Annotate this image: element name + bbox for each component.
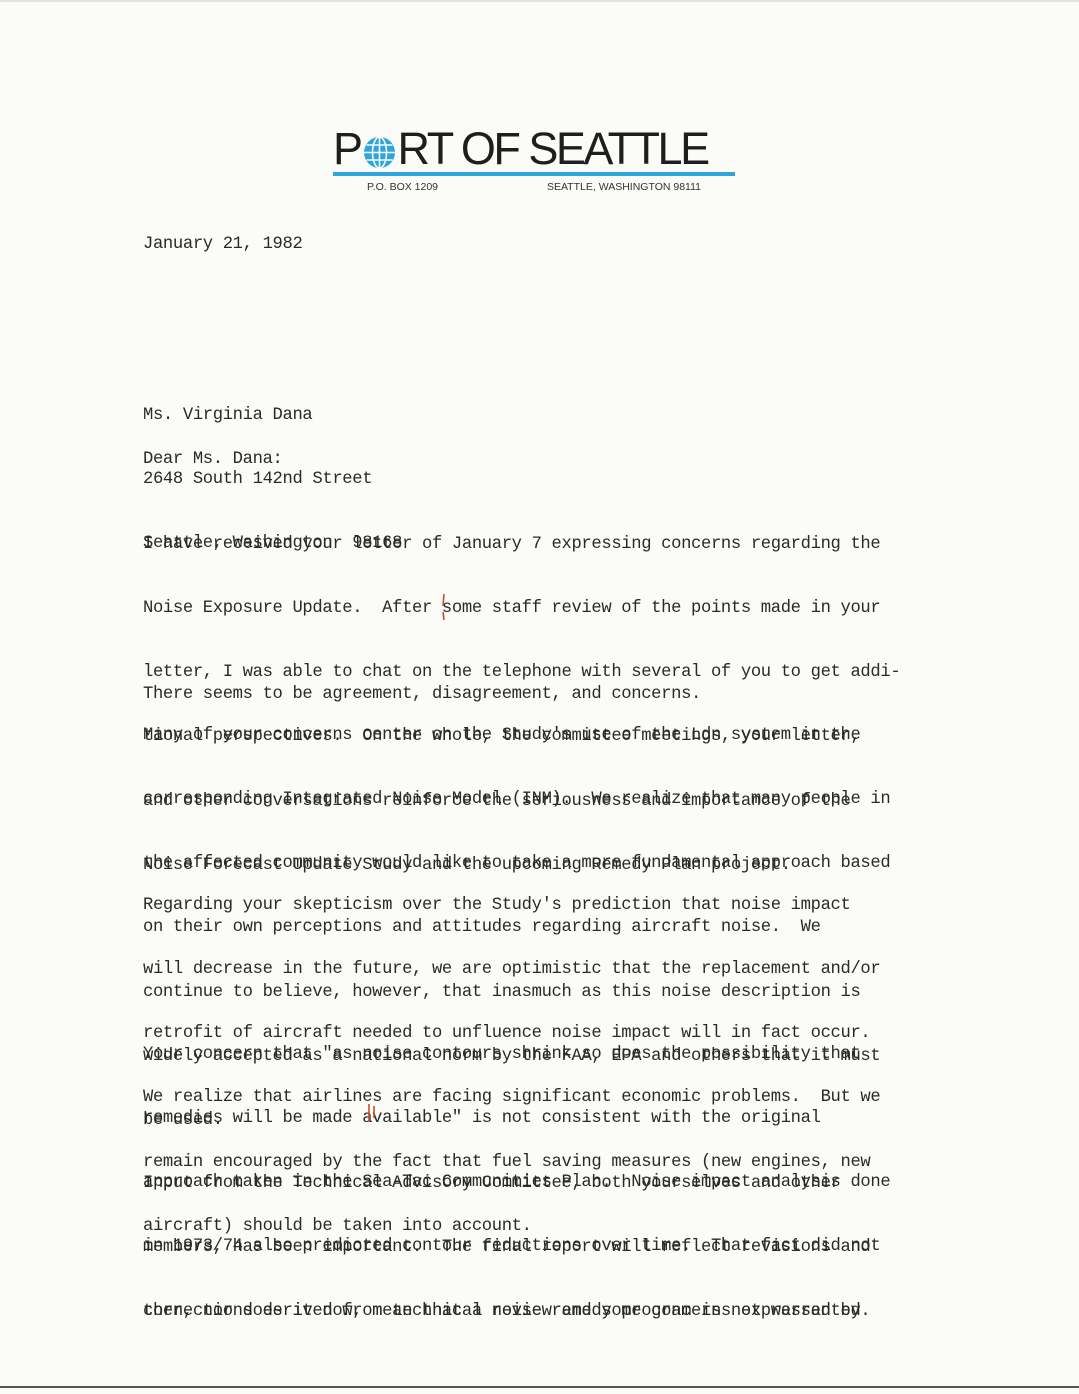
logo-text: RT OF SEATTLE [398, 128, 708, 170]
paragraph-line: corresponding Integrated Noise Model (IN… [143, 789, 890, 810]
paragraph-line: members, has been important. The final r… [143, 1237, 870, 1258]
paragraph-line: Regarding your skepticism over the Study… [143, 895, 880, 916]
po-box: P.O. BOX 1209 [367, 181, 438, 193]
city-state: SEATTLE, WASHINGTON 98111 [547, 181, 701, 193]
organization-logo: P RT OF SEATTLE [333, 128, 735, 170]
salutation: Dear Ms. Dana: [143, 449, 283, 470]
handwritten-mark [439, 592, 449, 622]
paragraph-line: corrections derived from technical revie… [143, 1301, 870, 1322]
paragraph-6: Input from the Technical Advisory Commit… [143, 1130, 870, 1344]
logo-letter-p: P [333, 128, 361, 170]
letterhead-address: P.O. BOX 1209 SEATTLE, WASHINGTON 98111 [333, 181, 735, 193]
letter-date: January 21, 1982 [143, 234, 302, 255]
paragraph-line: will decrease in the future, we are opti… [143, 959, 880, 980]
recipient-street: 2648 South 142nd Street [143, 469, 402, 490]
globe-icon [363, 133, 396, 166]
letterhead: P RT OF SEATTLE P.O. BOX 1209 SEATTLE, W… [333, 128, 735, 193]
paragraph-line: Input from the Technical Advisory Commit… [143, 1173, 870, 1194]
handwritten-mark [366, 1102, 378, 1124]
recipient-name: Ms. Virginia Dana [143, 405, 402, 426]
paragraph-line: remedies will be made available" is not … [143, 1108, 890, 1129]
paragraph-line: Many of your concerns center on the Stud… [143, 725, 890, 746]
page-edge [0, 0, 1079, 2]
paragraph-line: I have received your letter of January 7… [143, 534, 900, 555]
page-edge [0, 1386, 1079, 1388]
paragraph-line: Your concern that "as noise contours shr… [143, 1044, 890, 1065]
paragraph-line: Noise Exposure Update. After some staff … [143, 598, 900, 619]
